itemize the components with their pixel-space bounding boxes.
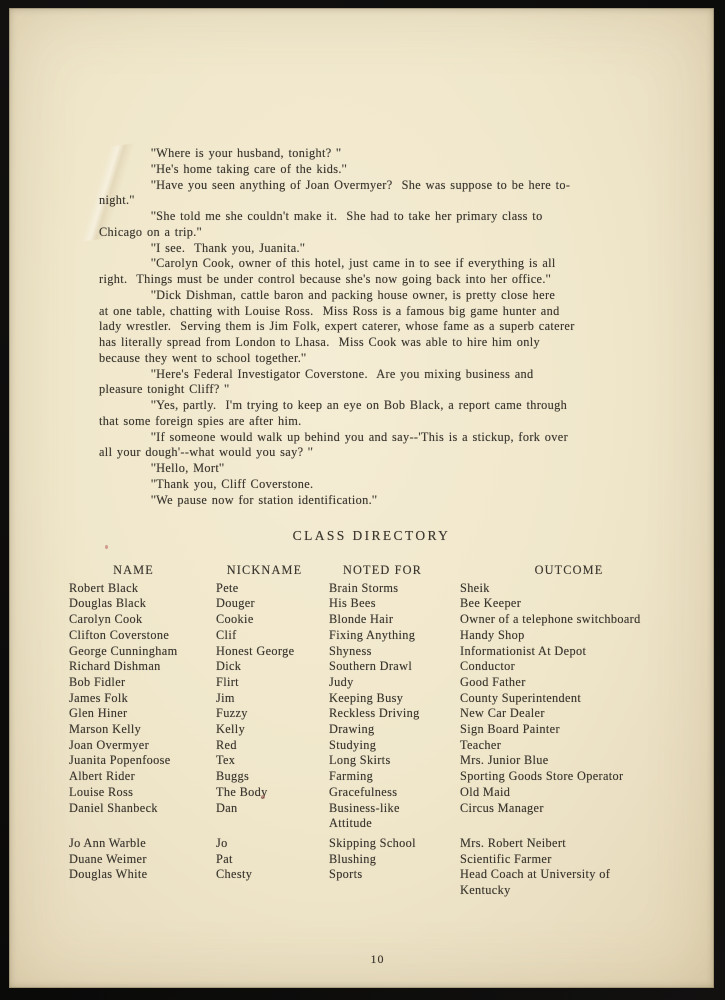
directory-cell-nickname: Cookie (216, 612, 329, 628)
directory-cell-outcome: Mrs. Robert Neibert (460, 836, 690, 852)
directory-cell-line: Keeping Busy (329, 691, 460, 707)
directory-cell-nickname: Tex (216, 753, 329, 769)
directory-cell-noted-for: His Bees (329, 596, 460, 612)
directory-cell-line: Clifton Coverstone (69, 628, 216, 644)
directory-cell-name: Richard Dishman (69, 659, 216, 675)
directory-cell-outcome: Head Coach at University ofKentucky (460, 867, 690, 898)
directory-cell-outcome: Conductor (460, 659, 690, 675)
directory-cell-name: Robert Black (69, 581, 216, 597)
directory-cell-nickname: Pat (216, 852, 329, 868)
directory-cell-line: Kelly (216, 722, 329, 738)
dialogue-paragraph: ''She told me she couldn't make it. She … (99, 209, 575, 241)
dialogue-paragraph: ''I see. Thank you, Juanita.'' (99, 241, 575, 257)
dialogue-line: that some foreign spies are after him. (99, 414, 575, 430)
directory-cell-line: Albert Rider (69, 769, 216, 785)
directory-cell-noted-for: Long Skirts (329, 753, 460, 769)
dialogue-line: ''Hello, Mort'' (99, 461, 575, 477)
dialogue-paragraph: ''We pause now for station identificatio… (99, 493, 575, 509)
directory-cell-outcome: Mrs. Junior Blue (460, 753, 690, 769)
directory-cell-nickname: Kelly (216, 722, 329, 738)
directory-cell-line: Douglas White (69, 867, 216, 883)
directory-cell-line: Dan (216, 801, 329, 817)
directory-cell-line: Jo (216, 836, 329, 852)
dialogue-line: lady wrestler. Serving them is Jim Folk,… (99, 319, 575, 335)
directory-cell-noted-for: Blonde Hair (329, 612, 460, 628)
dialogue-paragraph: ''Thank you, Cliff Coverstone. (99, 477, 575, 493)
directory-cell-line: Attitude (329, 816, 460, 832)
directory-cell-noted-for: Keeping Busy (329, 691, 460, 707)
directory-cell-line: Long Skirts (329, 753, 460, 769)
directory-cell-line: Gracefulness (329, 785, 460, 801)
dialogue-line: ''Dick Dishman, cattle baron and packing… (99, 288, 575, 304)
directory-cell-line: Farming (329, 769, 460, 785)
directory-cell-line: Chesty (216, 867, 329, 883)
directory-cell-line: Teacher (460, 738, 690, 754)
directory-cell-line: Marson Kelly (69, 722, 216, 738)
directory-cell-noted-for: Judy (329, 675, 460, 691)
directory-cell-line: Cookie (216, 612, 329, 628)
directory-cell-line: Fixing Anything (329, 628, 460, 644)
directory-cell-line: Studying (329, 738, 460, 754)
dialogue-line: pleasure tonight Cliff? '' (99, 382, 575, 398)
dialogue-line: ''Yes, partly. I'm trying to keep an eye… (99, 398, 575, 414)
directory-cell-line: Circus Manager (460, 801, 690, 817)
dialogue-line: ''Where is your husband, tonight? '' (99, 146, 575, 162)
dialogue-paragraph: ''Dick Dishman, cattle baron and packing… (99, 288, 575, 367)
directory-cell-nickname: Jo (216, 836, 329, 852)
dialogue-line: because they went to school together.'' (99, 351, 575, 367)
directory-cell-name: James Folk (69, 691, 216, 707)
directory-cell-line: Owner of a telephone switchboard (460, 612, 690, 628)
directory-cell-nickname: Douger (216, 596, 329, 612)
directory-cell-line: The Body (216, 785, 329, 801)
directory-cell-line: Juanita Popenfoose (69, 753, 216, 769)
directory-cell-line: Red (216, 738, 329, 754)
dialogue-text-block: ''Where is your husband, tonight? ''''He… (99, 146, 575, 508)
dialogue-line: ''We pause now for station identificatio… (99, 493, 575, 509)
dialogue-paragraph: ''Hello, Mort'' (99, 461, 575, 477)
directory-cell-outcome: Bee Keeper (460, 596, 690, 612)
dialogue-line: ''He's home taking care of the kids.'' (99, 162, 575, 178)
directory-cell-line: Reckless Driving (329, 706, 460, 722)
column-header-noted-for: NOTED FOR (317, 563, 448, 581)
directory-cell-noted-for: Studying (329, 738, 460, 754)
paper-speck (261, 795, 265, 799)
directory-cell-line: Flirt (216, 675, 329, 691)
directory-cell-name: Marson Kelly (69, 722, 216, 738)
directory-cell-line: Drawing (329, 722, 460, 738)
directory-cell-line: Jim (216, 691, 329, 707)
directory-cell-line: County Superintendent (460, 691, 690, 707)
directory-cell-line: Buggs (216, 769, 329, 785)
dialogue-paragraph: ''Have you seen anything of Joan Overmye… (99, 178, 575, 210)
directory-cell-nickname: Dan (216, 801, 329, 832)
dialogue-line: ''I see. Thank you, Juanita.'' (99, 241, 575, 257)
directory-cell-line: Bee Keeper (460, 596, 690, 612)
directory-cell-line: Glen Hiner (69, 706, 216, 722)
column-header-nickname: NICKNAME (208, 563, 321, 581)
directory-cell-outcome: County Superintendent (460, 691, 690, 707)
directory-cell-line: Douger (216, 596, 329, 612)
directory-cell-line: Kentucky (460, 883, 690, 899)
directory-cell-line: Blushing (329, 852, 460, 868)
dialogue-line: ''Thank you, Cliff Coverstone. (99, 477, 575, 493)
directory-cell-nickname: Pete (216, 581, 329, 597)
directory-cell-nickname: Flirt (216, 675, 329, 691)
directory-cell-line: His Bees (329, 596, 460, 612)
directory-cell-line: Clif (216, 628, 329, 644)
directory-cell-line: George Cunningham (69, 644, 216, 660)
directory-cell-name: Duane Weimer (69, 852, 216, 868)
directory-cell-noted-for: Farming (329, 769, 460, 785)
directory-cell-name: Louise Ross (69, 785, 216, 801)
column-header-name: NAME (60, 563, 207, 581)
dialogue-line: ''Carolyn Cook, owner of this hotel, jus… (99, 256, 575, 272)
directory-cell-nickname: Jim (216, 691, 329, 707)
directory-cell-name: Douglas White (69, 867, 216, 898)
dialogue-line: Chicago on a trip.'' (99, 225, 575, 241)
directory-cell-name: Douglas Black (69, 596, 216, 612)
directory-cell-line: James Folk (69, 691, 216, 707)
directory-cell-outcome: Sign Board Painter (460, 722, 690, 738)
scanned-page: ''Where is your husband, tonight? ''''He… (9, 8, 714, 988)
directory-cell-line: Head Coach at University of (460, 867, 690, 883)
directory-cell-nickname: The Body (216, 785, 329, 801)
directory-cell-noted-for: Reckless Driving (329, 706, 460, 722)
directory-cell-outcome: Scientific Farmer (460, 852, 690, 868)
directory-cell-line: Sign Board Painter (460, 722, 690, 738)
dialogue-paragraph: ''Where is your husband, tonight? '' (99, 146, 575, 162)
directory-cell-name: Glen Hiner (69, 706, 216, 722)
dialogue-line: right. Things must be under control beca… (99, 272, 575, 288)
directory-cell-line: Robert Black (69, 581, 216, 597)
directory-cell-outcome: Old Maid (460, 785, 690, 801)
directory-cell-line: Fuzzy (216, 706, 329, 722)
directory-cell-noted-for: Business-likeAttitude (329, 801, 460, 832)
class-directory-table: NAME NICKNAME NOTED FOR OUTCOME Robert B… (69, 563, 690, 899)
directory-cell-line: Business-like (329, 801, 460, 817)
directory-cell-line: Mrs. Junior Blue (460, 753, 690, 769)
directory-cell-outcome: Sporting Goods Store Operator (460, 769, 690, 785)
directory-cell-noted-for: Blushing (329, 852, 460, 868)
directory-cell-line: Douglas Black (69, 596, 216, 612)
directory-cell-name: Albert Rider (69, 769, 216, 785)
directory-cell-nickname: Dick (216, 659, 329, 675)
column-header-outcome: OUTCOME (454, 563, 684, 581)
dialogue-paragraph: ''Yes, partly. I'm trying to keep an eye… (99, 398, 575, 430)
directory-cell-name: Juanita Popenfoose (69, 753, 216, 769)
directory-cell-outcome: Circus Manager (460, 801, 690, 832)
directory-cell-name: Jo Ann Warble (69, 836, 216, 852)
dialogue-line: ''If someone would walk up behind you an… (99, 430, 575, 446)
directory-cell-line: Old Maid (460, 785, 690, 801)
directory-cell-line: Joan Overmyer (69, 738, 216, 754)
directory-cell-line: Good Father (460, 675, 690, 691)
directory-cell-line: Tex (216, 753, 329, 769)
directory-cell-line: Sheik (460, 581, 690, 597)
dialogue-paragraph: ''If someone would walk up behind you an… (99, 430, 575, 462)
directory-cell-line: Sports (329, 867, 460, 883)
dialogue-line: night.'' (99, 193, 575, 209)
directory-cell-name: Carolyn Cook (69, 612, 216, 628)
dialogue-paragraph: ''He's home taking care of the kids.'' (99, 162, 575, 178)
directory-cell-noted-for: Skipping School (329, 836, 460, 852)
directory-cell-line: Brain Storms (329, 581, 460, 597)
directory-cell-line: Dick (216, 659, 329, 675)
dialogue-line: all your dough'--what would you say? '' (99, 445, 575, 461)
directory-cell-line: New Car Dealer (460, 706, 690, 722)
directory-cell-outcome: Handy Shop (460, 628, 690, 644)
directory-cell-line: Louise Ross (69, 785, 216, 801)
dialogue-paragraph: ''Here's Federal Investigator Coverstone… (99, 367, 575, 399)
directory-cell-line: Honest George (216, 644, 329, 660)
directory-cell-line: Sporting Goods Store Operator (460, 769, 690, 785)
dialogue-line: has literally spread from London to Lhas… (99, 335, 575, 351)
directory-cell-outcome: Teacher (460, 738, 690, 754)
directory-cell-line: Southern Drawl (329, 659, 460, 675)
directory-cell-line: Scientific Farmer (460, 852, 690, 868)
directory-cell-nickname: Buggs (216, 769, 329, 785)
directory-cell-line: Duane Weimer (69, 852, 216, 868)
dialogue-line: ''She told me she couldn't make it. She … (99, 209, 575, 225)
directory-cell-nickname: Fuzzy (216, 706, 329, 722)
directory-cell-noted-for: Drawing (329, 722, 460, 738)
directory-cell-nickname: Honest George (216, 644, 329, 660)
directory-cell-outcome: Informationist At Depot (460, 644, 690, 660)
directory-cell-line: Jo Ann Warble (69, 836, 216, 852)
directory-cell-name: Joan Overmyer (69, 738, 216, 754)
directory-cell-line: Informationist At Depot (460, 644, 690, 660)
directory-cell-nickname: Chesty (216, 867, 329, 898)
directory-cell-noted-for: Sports (329, 867, 460, 898)
dialogue-line: ''Here's Federal Investigator Coverstone… (99, 367, 575, 383)
dialogue-line: ''Have you seen anything of Joan Overmye… (99, 178, 575, 194)
directory-cell-name: George Cunningham (69, 644, 216, 660)
directory-cell-line: Richard Dishman (69, 659, 216, 675)
directory-cell-nickname: Clif (216, 628, 329, 644)
directory-cell-noted-for: Brain Storms (329, 581, 460, 597)
directory-cell-outcome: Good Father (460, 675, 690, 691)
photo-frame: ''Where is your husband, tonight? ''''He… (0, 0, 725, 1000)
directory-cell-nickname: Red (216, 738, 329, 754)
paper-speck (105, 545, 108, 549)
directory-cell-line: Mrs. Robert Neibert (460, 836, 690, 852)
directory-cell-noted-for: Fixing Anything (329, 628, 460, 644)
page-number: 10 (25, 952, 725, 967)
dialogue-line: at one table, chatting with Louise Ross.… (99, 304, 575, 320)
directory-cell-line: Judy (329, 675, 460, 691)
directory-cell-name: Clifton Coverstone (69, 628, 216, 644)
directory-cell-line: Daniel Shanbeck (69, 801, 216, 817)
directory-cell-line: Blonde Hair (329, 612, 460, 628)
directory-cell-outcome: Owner of a telephone switchboard (460, 612, 690, 628)
directory-cell-outcome: New Car Dealer (460, 706, 690, 722)
directory-cell-line: Pat (216, 852, 329, 868)
directory-cell-name: Bob Fidler (69, 675, 216, 691)
directory-cell-outcome: Sheik (460, 581, 690, 597)
directory-cell-noted-for: Gracefulness (329, 785, 460, 801)
directory-cell-noted-for: Shyness (329, 644, 460, 660)
directory-cell-line: Skipping School (329, 836, 460, 852)
directory-cell-line: Shyness (329, 644, 460, 660)
directory-cell-noted-for: Southern Drawl (329, 659, 460, 675)
directory-cell-line: Conductor (460, 659, 690, 675)
directory-cell-line: Pete (216, 581, 329, 597)
directory-cell-line: Bob Fidler (69, 675, 216, 691)
directory-cell-line: Carolyn Cook (69, 612, 216, 628)
directory-cell-line: Handy Shop (460, 628, 690, 644)
dialogue-paragraph: ''Carolyn Cook, owner of this hotel, jus… (99, 256, 575, 288)
directory-cell-name: Daniel Shanbeck (69, 801, 216, 832)
class-directory-title: CLASS DIRECTORY (19, 528, 724, 544)
